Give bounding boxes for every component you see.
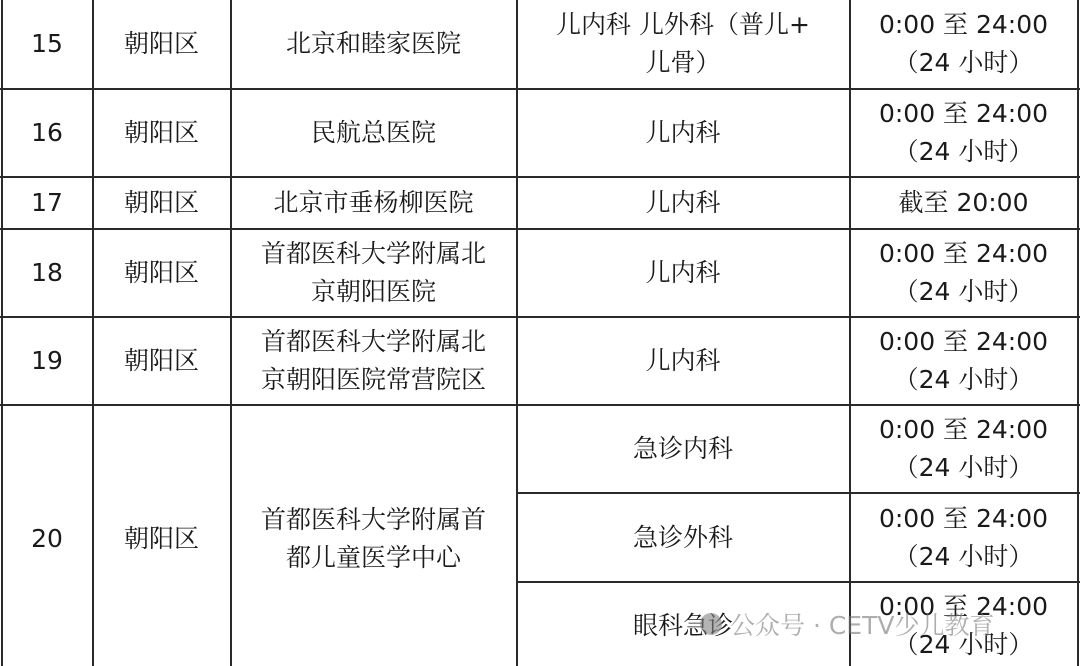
cell-hospital: 北京市垂杨柳医院 bbox=[231, 178, 516, 228]
cell-hours: 0:00 至 24:00 （24 小时） bbox=[850, 583, 1077, 666]
cell-hours: 0:00 至 24:00 （24 小时） bbox=[850, 0, 1077, 88]
cell-no: 18 bbox=[2, 230, 92, 316]
cell-hospital: 首都医科大学附属北 京朝阳医院常营院区 bbox=[231, 318, 516, 404]
cell-district: 朝阳区 bbox=[93, 406, 230, 666]
cell-no: 20 bbox=[2, 406, 92, 666]
cell-department: 儿内科 bbox=[517, 230, 849, 316]
cell-hospital: 首都医科大学附属北 京朝阳医院 bbox=[231, 230, 516, 316]
cell-hours: 0:00 至 24:00 （24 小时） bbox=[850, 318, 1077, 404]
cell-hours: 0:00 至 24:00 （24 小时） bbox=[850, 230, 1077, 316]
cell-district: 朝阳区 bbox=[93, 230, 230, 316]
cell-department: 儿内科 bbox=[517, 90, 849, 176]
cell-district: 朝阳区 bbox=[93, 0, 230, 88]
cell-district: 朝阳区 bbox=[93, 318, 230, 404]
cell-department: 儿内科 儿外科（普儿+ 儿骨） bbox=[517, 0, 849, 88]
cell-hours: 0:00 至 24:00 （24 小时） bbox=[850, 90, 1077, 176]
cell-department: 儿内科 bbox=[517, 178, 849, 228]
cell-district: 朝阳区 bbox=[93, 178, 230, 228]
grid-line bbox=[1077, 0, 1079, 666]
cell-district: 朝阳区 bbox=[93, 90, 230, 176]
cell-hours: 0:00 至 24:00 （24 小时） bbox=[850, 494, 1077, 581]
cell-hospital: 民航总医院 bbox=[231, 90, 516, 176]
hospital-table: 15 朝阳区 北京和睦家医院 儿内科 儿外科（普儿+ 儿骨） 0:00 至 24… bbox=[0, 0, 1080, 666]
cell-no: 19 bbox=[2, 318, 92, 404]
cell-department: 儿内科 bbox=[517, 318, 849, 404]
cell-department: 眼科急诊 bbox=[517, 583, 849, 666]
cell-hours: 截至 20:00 bbox=[850, 178, 1077, 228]
cell-no: 15 bbox=[2, 0, 92, 88]
cell-department: 急诊外科 bbox=[517, 494, 849, 581]
cell-hours: 0:00 至 24:00 （24 小时） bbox=[850, 406, 1077, 492]
cell-no: 16 bbox=[2, 90, 92, 176]
cell-no: 17 bbox=[2, 178, 92, 228]
cell-department: 急诊内科 bbox=[517, 406, 849, 492]
cell-hospital: 北京和睦家医院 bbox=[231, 0, 516, 88]
cell-hospital: 首都医科大学附属首 都儿童医学中心 bbox=[231, 406, 516, 666]
